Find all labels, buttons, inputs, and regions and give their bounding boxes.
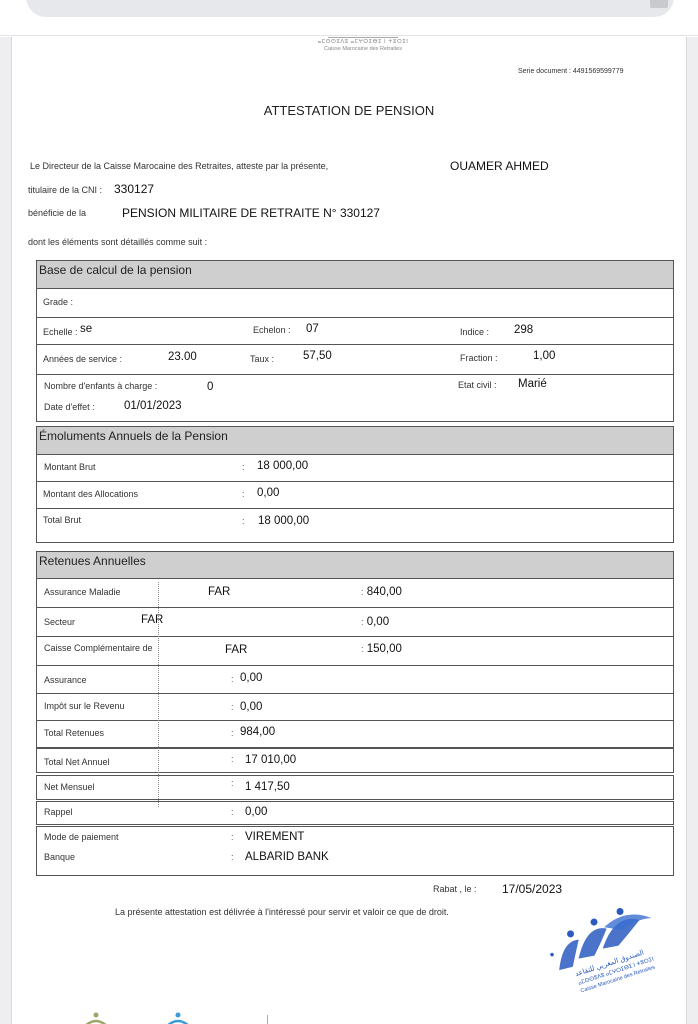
document-page: ⴰⵎⵙⵙⵓⴷⵓ ⴰⵎⵖⵔⵉⴱⵉ ⵏ ⵜⵓⵔⵉⵏ Caisse Marocaine… bbox=[13, 37, 685, 1024]
date-effet-label: Date d'effet : bbox=[44, 402, 95, 412]
fraction-value: 1,00 bbox=[533, 350, 555, 362]
emoluments-section: Émoluments Annuels de la Pension Montant… bbox=[36, 426, 674, 543]
emolument-label: Montant des Allocations bbox=[43, 489, 138, 499]
retenue-row: Assurance : 0,00 bbox=[37, 666, 673, 694]
cmr-stamp: الصندوق المغربي للتقاعد ⴰⵎⵙⵙⵓⴷⵓ ⴰⵎⵖⵔⵉⴱⵉ … bbox=[538, 894, 674, 1010]
attestation-statement: La présente attestation est délivrée à l… bbox=[115, 907, 449, 917]
fraction-label: Fraction : bbox=[460, 353, 498, 363]
retenue-amount: 0,00 bbox=[367, 616, 389, 628]
annees-row: Années de service : 23.00 Taux : 57,50 F… bbox=[37, 345, 673, 375]
retenue-value: 0,00 bbox=[240, 701, 262, 713]
echelon-value: 07 bbox=[306, 323, 319, 335]
banque-label: Banque bbox=[44, 852, 75, 862]
mode-paiement-label: Mode de paiement bbox=[44, 832, 119, 842]
section-title: Émoluments Annuels de la Pension bbox=[37, 427, 673, 455]
colon: : bbox=[242, 516, 245, 526]
browser-top-bar bbox=[0, 0, 698, 36]
colon: : bbox=[231, 832, 234, 842]
emolument-row: Montant Brut : 18 000,00 bbox=[37, 455, 673, 482]
colon: : bbox=[361, 644, 364, 654]
details-line: dont les éléments sont détaillés comme s… bbox=[28, 237, 207, 247]
retenue-org: FAR bbox=[141, 614, 163, 626]
beneficiary-name: OUAMER AHMED bbox=[450, 159, 549, 173]
net-annuel-value: 17 010,00 bbox=[245, 754, 296, 766]
org-tifinagh: ⴰⵎⵙⵙⵓⴷⵓ ⴰⵎⵖⵔⵉⴱⵉ ⵏ ⵜⵓⵔⵉⵏ bbox=[298, 39, 428, 46]
cni-value: 330127 bbox=[114, 182, 154, 196]
org-name: Caisse Marocaine des Retraites bbox=[298, 46, 428, 53]
document-title: ATTESTATION DE PENSION bbox=[13, 103, 685, 118]
echelon-label: Echelon : bbox=[253, 325, 291, 335]
taux-label: Taux : bbox=[250, 354, 274, 364]
banque-value: ALBARID BANK bbox=[245, 851, 329, 863]
section-title: Retenues Annuelles bbox=[37, 552, 673, 579]
colon: : bbox=[231, 852, 234, 862]
retenue-label: Caisse Complémentaire de bbox=[44, 643, 153, 653]
echelle-value: se bbox=[80, 323, 92, 335]
retenue-row: Secteur FAR : 0,00 bbox=[37, 608, 673, 637]
etat-civil-label: Etat civil : bbox=[458, 380, 497, 390]
grade-row: Grade : bbox=[37, 289, 673, 318]
retenue-value: 984,00 bbox=[240, 726, 275, 738]
retenue-row: Assurance Maladie FAR : 840,00 bbox=[37, 579, 673, 608]
colon: : bbox=[242, 462, 245, 472]
emolument-value: 18 000,00 bbox=[257, 460, 308, 472]
retenue-label: Total Retenues bbox=[44, 728, 104, 738]
rappel-box: Rappel : 0,00 bbox=[36, 801, 674, 825]
retenue-row: Caisse Complémentaire de FAR : 150,00 bbox=[37, 637, 673, 666]
retenue-value: : 0,00 bbox=[361, 616, 389, 628]
viewer-scrollbar[interactable] bbox=[686, 37, 698, 1024]
echelle-row: Echelle : se Echelon : 07 Indice : 298 bbox=[37, 318, 673, 345]
cni-label: titulaire de la CNI : bbox=[28, 185, 102, 195]
echelle-label: Echelle : bbox=[43, 327, 78, 337]
etat-civil-value: Marié bbox=[518, 378, 547, 390]
famille-row: Nombre d'enfants à charge : 0 Etat civil… bbox=[37, 375, 673, 421]
partner-logo-blue bbox=[163, 1012, 193, 1024]
grade-label: Grade : bbox=[43, 297, 73, 307]
net-mensuel-box: Net Mensuel : 1 417,50 bbox=[36, 775, 674, 800]
retenue-org: FAR bbox=[208, 586, 230, 598]
net-mensuel-value: 1 417,50 bbox=[245, 781, 290, 793]
enfants-label: Nombre d'enfants à charge : bbox=[44, 381, 157, 391]
colon: : bbox=[231, 674, 234, 684]
date-effet-value: 01/01/2023 bbox=[124, 400, 182, 412]
emolument-value: 18 000,00 bbox=[258, 515, 309, 527]
partner-logo-green bbox=[81, 1012, 111, 1024]
retenue-label: Impôt sur le Revenu bbox=[44, 701, 125, 711]
place-label: Rabat , le : bbox=[433, 884, 477, 894]
retenue-row: Impôt sur le Revenu : 0,00 bbox=[37, 694, 673, 721]
retenue-label: Assurance bbox=[44, 675, 87, 685]
rappel-value: 0,00 bbox=[245, 806, 267, 818]
emolument-row: Montant des Allocations : 0,00 bbox=[37, 482, 673, 509]
retenue-value: 0,00 bbox=[240, 672, 262, 684]
colon: : bbox=[231, 728, 234, 738]
retenue-value: : 840,00 bbox=[361, 586, 402, 598]
colon: : bbox=[231, 778, 234, 788]
issue-date: 17/05/2023 bbox=[502, 882, 562, 896]
logo-divider bbox=[267, 1015, 268, 1024]
section-title: Base de calcul de la pension bbox=[37, 261, 673, 289]
colon: : bbox=[231, 754, 234, 764]
retenue-amount: 840,00 bbox=[367, 586, 402, 598]
retenue-amount: 150,00 bbox=[367, 643, 402, 655]
cmr-logo-header: ⴰⵎⵙⵙⵓⴷⵓ ⴰⵎⵖⵔⵉⴱⵉ ⵏ ⵜⵓⵔⵉⵏ Caisse Marocaine… bbox=[298, 37, 428, 53]
pension-type: PENSION MILITAIRE DE RETRAITE N° 330127 bbox=[122, 206, 380, 220]
annees-value: 23.00 bbox=[168, 351, 197, 363]
colon: : bbox=[242, 489, 245, 499]
scan-artifact-line bbox=[158, 582, 159, 807]
colon: : bbox=[361, 587, 364, 597]
taux-value: 57,50 bbox=[303, 350, 332, 362]
enfants-value: 0 bbox=[207, 381, 213, 393]
serie-document: Serie document : 4491569599779 bbox=[518, 68, 624, 75]
indice-label: Indice : bbox=[460, 327, 489, 337]
colon: : bbox=[361, 617, 364, 627]
retenue-label: Assurance Maladie bbox=[44, 587, 121, 597]
retenue-label: Secteur bbox=[44, 617, 75, 627]
rappel-label: Rappel bbox=[44, 807, 73, 817]
retenue-value: : 150,00 bbox=[361, 643, 402, 655]
emolument-row: Total Brut : 18 000,00 bbox=[37, 509, 673, 542]
serie-label: Serie document : bbox=[518, 68, 571, 75]
viewer-gutter-left bbox=[0, 37, 12, 1024]
colon: : bbox=[231, 807, 234, 817]
tabs-button[interactable] bbox=[650, 0, 668, 8]
intro-line: Le Directeur de la Caisse Marocaine des … bbox=[30, 161, 328, 171]
pension-label: bénéficie de la bbox=[28, 208, 86, 218]
emolument-value: 0,00 bbox=[257, 487, 279, 499]
retenue-row: Total Retenues : 984,00 bbox=[37, 721, 673, 747]
retenue-org: FAR bbox=[225, 644, 247, 656]
paiement-box: Mode de paiement : VIREMENT Banque : ALB… bbox=[36, 826, 674, 876]
net-annuel-box: Total Net Annuel : 17 010,00 bbox=[36, 748, 674, 773]
base-calcul-section: Base de calcul de la pension Grade : Ech… bbox=[36, 260, 674, 422]
serie-value: 4491569599779 bbox=[573, 68, 624, 75]
emolument-label: Montant Brut bbox=[44, 462, 96, 472]
net-annuel-label: Total Net Annuel bbox=[44, 757, 110, 767]
emolument-label: Total Brut bbox=[43, 515, 81, 525]
indice-value: 298 bbox=[514, 324, 533, 336]
net-mensuel-label: Net Mensuel bbox=[44, 782, 95, 792]
address-bar[interactable] bbox=[26, 0, 674, 17]
annees-label: Années de service : bbox=[43, 354, 122, 364]
colon: : bbox=[231, 702, 234, 712]
mode-paiement-value: VIREMENT bbox=[245, 831, 304, 843]
retenues-section: Retenues Annuelles Assurance Maladie FAR… bbox=[36, 551, 674, 748]
